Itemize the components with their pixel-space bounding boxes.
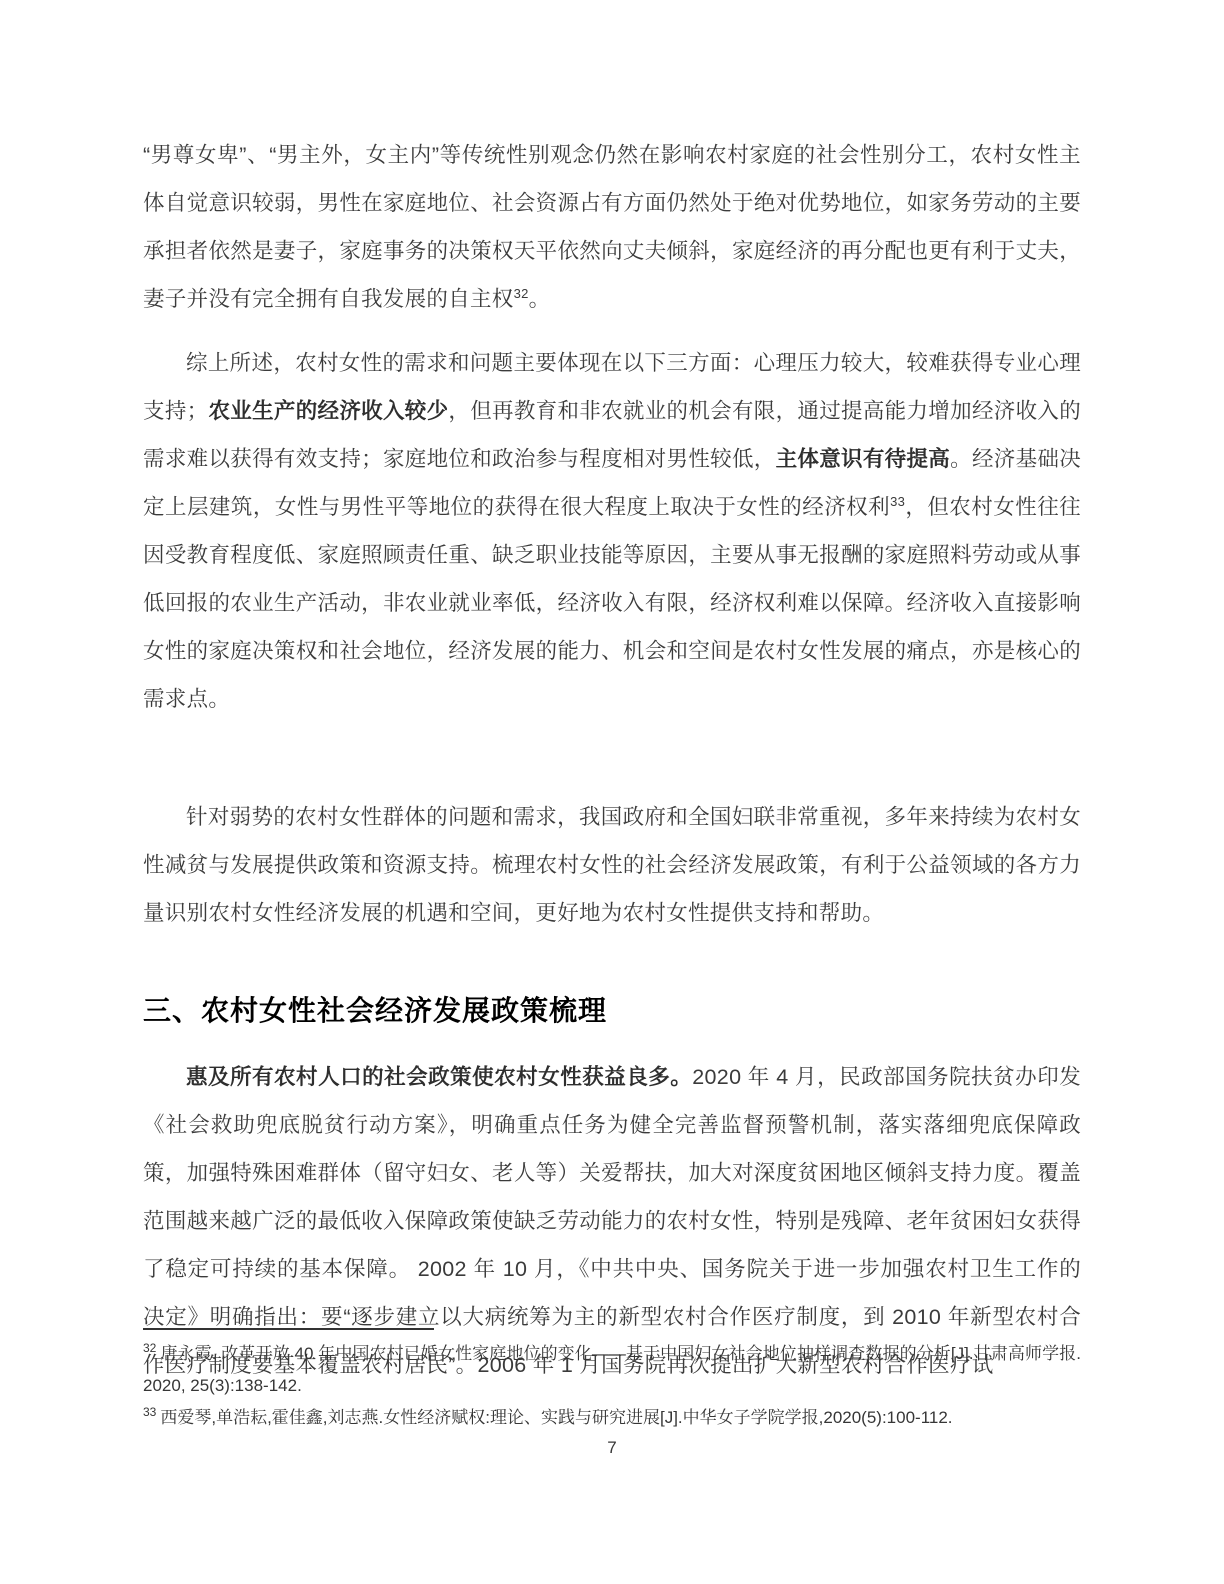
footnote-33: 33西爱琴,单浩耘,霍佳鑫,刘志燕.女性经济赋权:理论、实践与研究进展[J].中… [143,1402,1081,1434]
paragraph-gender-norms: “男尊女卑”、“男主外，女主内”等传统性别观念仍然在影响农村家庭的社会性别分工，… [143,131,1081,323]
text-run: ，但农村女性往往因受教育程度低、家庭照顾责任重、缺乏职业技能等原因，主要从事无报… [143,495,1081,711]
text-run: “男尊女卑”、“男主外，女主内”等传统性别观念仍然在影响农村家庭的社会性别分工，… [143,143,1081,311]
footnote-reference-33: 33 [890,494,905,509]
footnote-separator [143,1328,434,1330]
emphasis-run: 主体意识有待提高 [776,447,951,471]
footnotes-section: 32唐永霞. 改革开放 40 年中国农村已婚女性家庭地位的变化——基于中国妇女社… [143,1328,1081,1434]
footnote-text: 西爱琴,单浩耘,霍佳鑫,刘志燕.女性经济赋权:理论、实践与研究进展[J].中华女… [160,1408,952,1427]
footnote-text: 唐永霞. 改革开放 40 年中国农村已婚女性家庭地位的变化——基于中国妇女社会地… [143,1344,1081,1395]
paragraph-government-support: 针对弱势的农村女性群体的问题和需求，我国政府和全国妇联非常重视，多年来持续为农村… [143,793,1081,937]
emphasis-run: 惠及所有农村人口的社会政策使农村女性获益良多。 [186,1065,692,1089]
section-heading: 三、农村女性社会经济发展政策梳理 [143,991,1081,1031]
footnote-32: 32唐永霞. 改革开放 40 年中国农村已婚女性家庭地位的变化——基于中国妇女社… [143,1338,1081,1402]
footnote-marker: 33 [143,1405,156,1419]
text-run: 。 [529,287,551,311]
text-run: 针对弱势的农村女性群体的问题和需求，我国政府和全国妇联非常重视，多年来持续为农村… [143,805,1081,925]
emphasis-run: 农业生产的经济收入较少 [208,399,448,423]
document-page: “男尊女卑”、“男主外，女主内”等传统性别观念仍然在影响农村家庭的社会性别分工，… [0,0,1224,1584]
footnote-reference-32: 32 [514,286,529,301]
footnote-marker: 32 [143,1341,156,1355]
page-number: 7 [0,1438,1224,1458]
paragraph-summary-needs: 综上所述，农村女性的需求和问题主要体现在以下三方面：心理压力较大，较难获得专业心… [143,339,1081,723]
